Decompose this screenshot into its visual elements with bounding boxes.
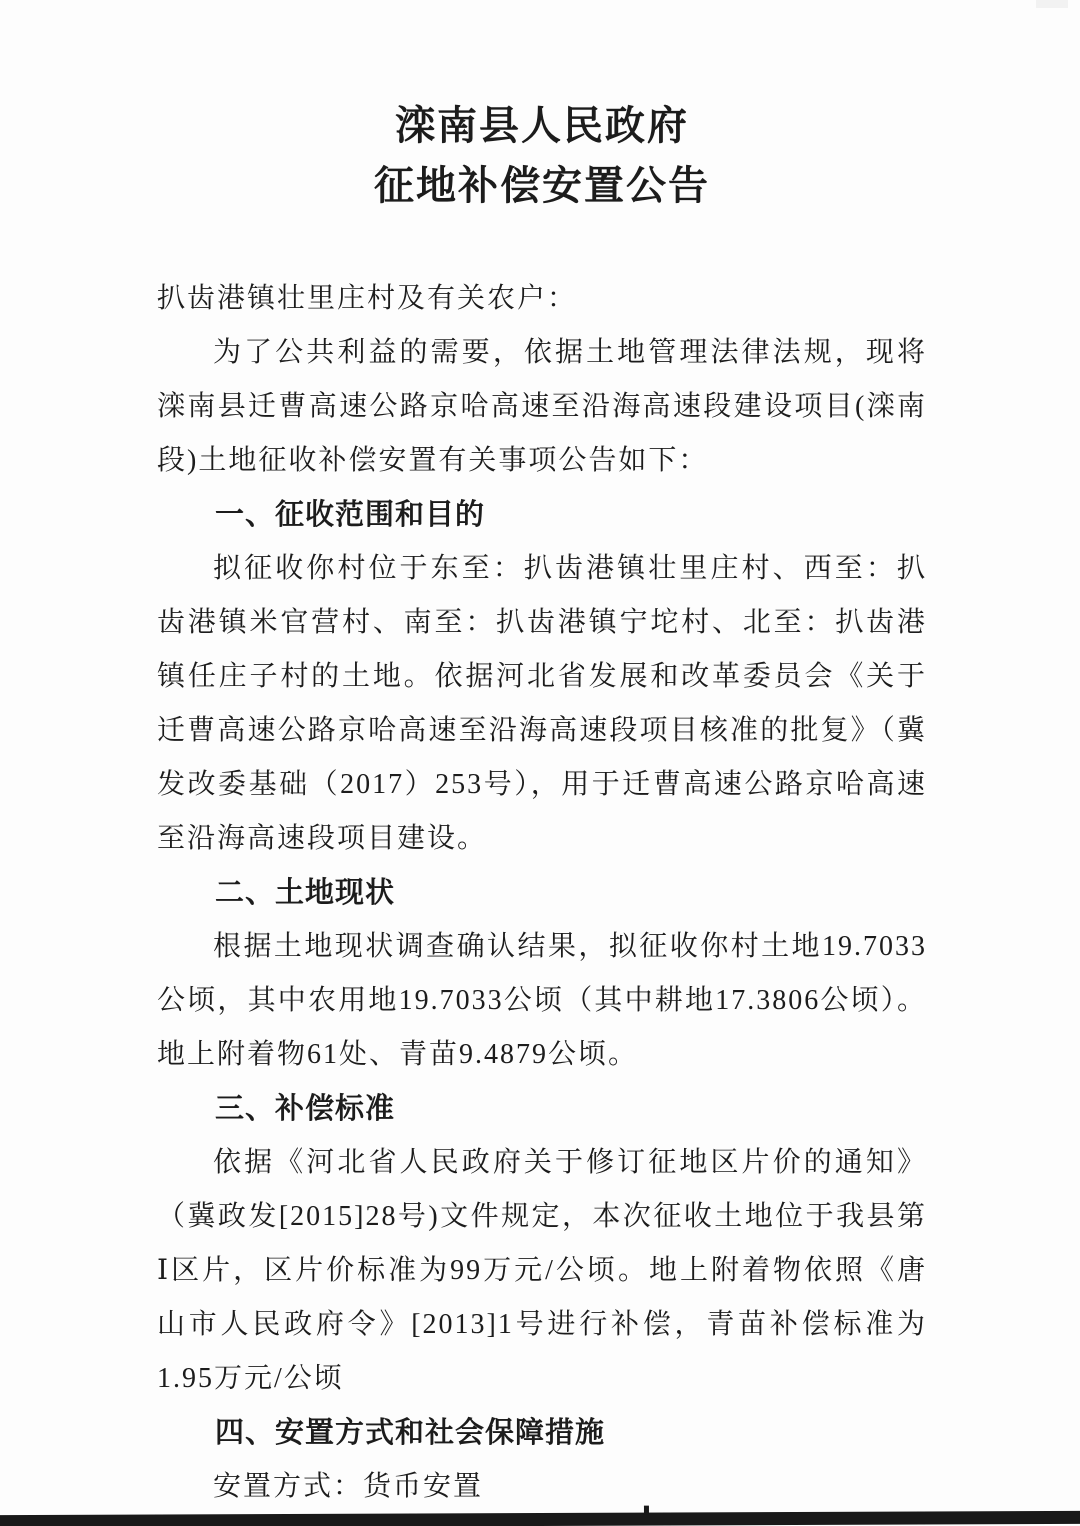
title-line-authority: 滦南县人民政府 <box>157 96 927 156</box>
scan-smudge-artifact <box>1036 0 1068 8</box>
section-4-paragraph: 安置方式：货币安置 <box>157 1460 927 1514</box>
scanned-announcement-page: 滦南县人民政府 征地补偿安置公告 扒齿港镇壮里庄村及有关农户： 为了公共利益的需… <box>0 0 1080 1526</box>
document-content: 滦南县人民政府 征地补偿安置公告 扒齿港镇壮里庄村及有关农户： 为了公共利益的需… <box>0 0 1080 1514</box>
document-title: 滦南县人民政府 征地补偿安置公告 <box>157 0 927 216</box>
section-heading-4: 四、安置方式和社会保障措施 <box>157 1406 927 1460</box>
section-heading-1: 一、征收范围和目的 <box>157 488 927 542</box>
section-2-paragraph: 根据土地现状调查确认结果，拟征收你村土地19.7033公顷，其中农用地19.70… <box>157 920 927 1082</box>
section-heading-2: 二、土地现状 <box>157 866 927 920</box>
document-body: 扒齿港镇壮里庄村及有关农户： 为了公共利益的需要，依据土地管理法律法规，现将滦南… <box>157 272 927 1514</box>
salutation-line: 扒齿港镇壮里庄村及有关农户： <box>157 272 927 326</box>
section-heading-3: 三、补偿标准 <box>157 1082 927 1136</box>
intro-paragraph: 为了公共利益的需要，依据土地管理法律法规，现将滦南县迁曹高速公路京哈高速至沿海高… <box>157 326 927 488</box>
section-1-paragraph: 拟征收你村位于东至：扒齿港镇壮里庄村、西至：扒齿港镇米官营村、南至：扒齿港镇宁坨… <box>157 542 927 866</box>
section-3-paragraph: 依据《河北省人民政府关于修订征地区片价的通知》（冀政发[2015]28号)文件规… <box>157 1136 927 1406</box>
title-line-subject: 征地补偿安置公告 <box>157 156 927 216</box>
